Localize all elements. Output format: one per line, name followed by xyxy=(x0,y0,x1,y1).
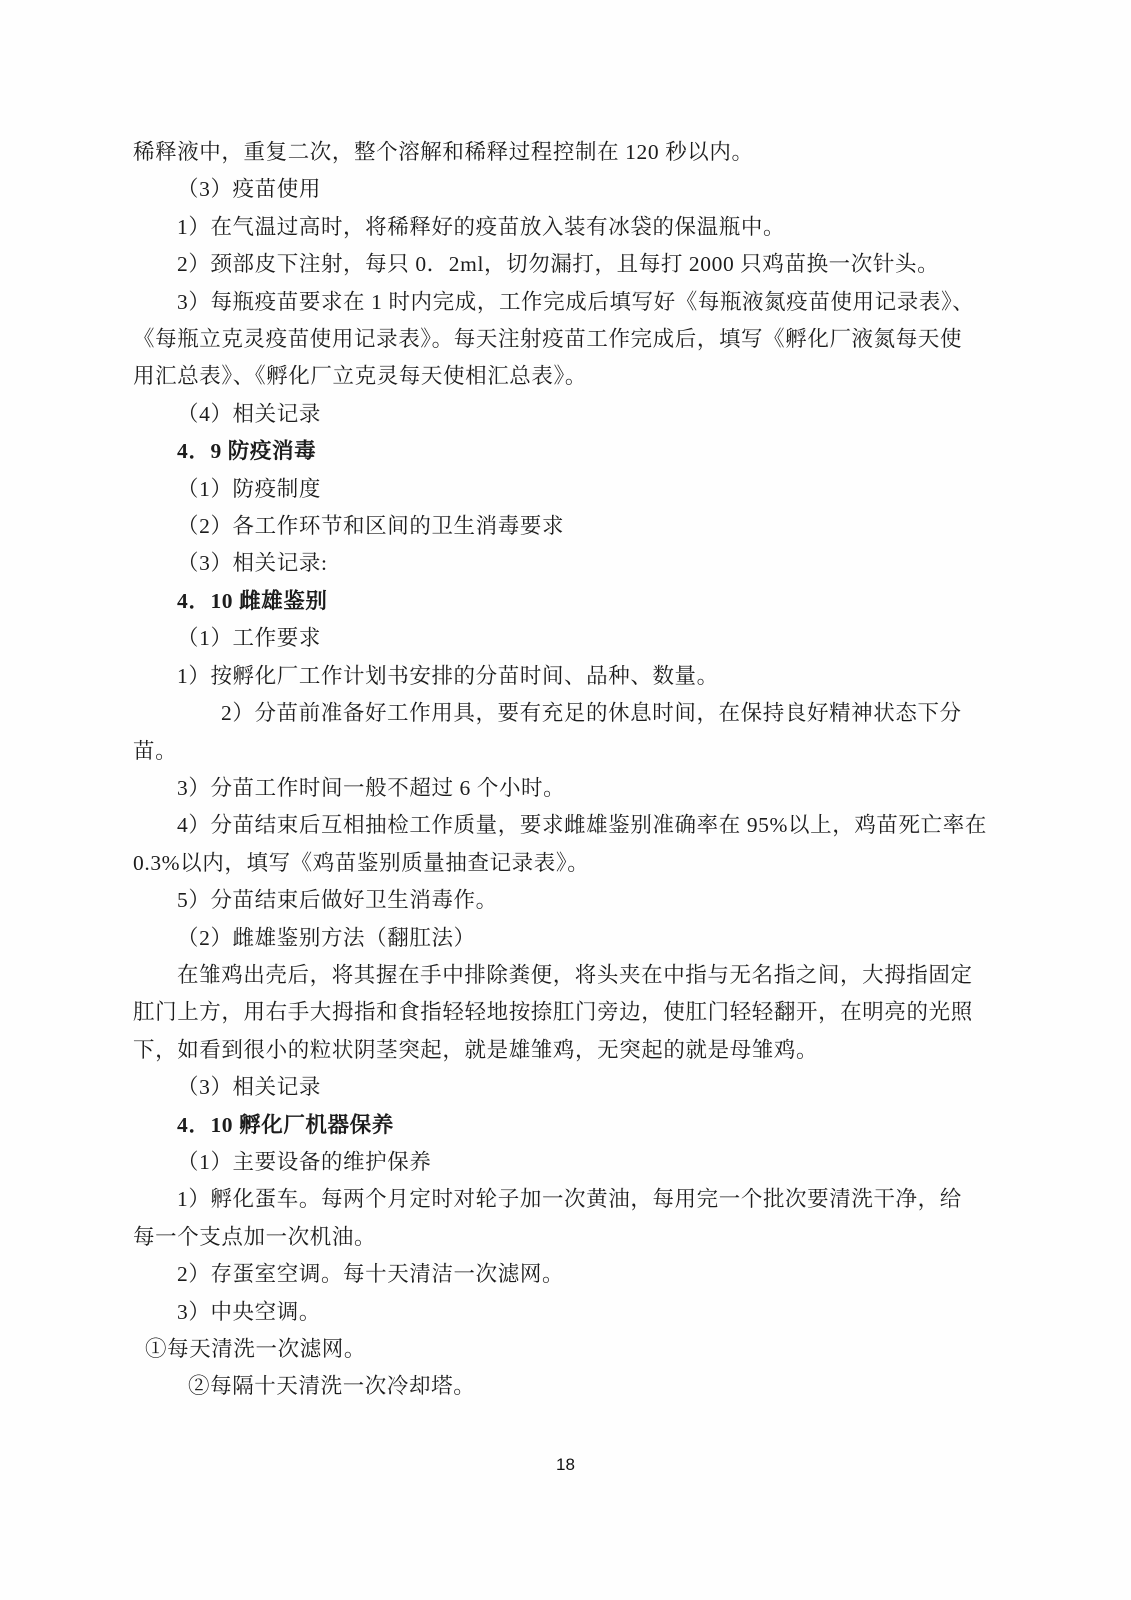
text-line: （3）疫苗使用 xyxy=(133,171,1018,208)
document-body: 稀释液中，重复二次，整个溶解和稀释过程控制在 120 秒以内。 （3）疫苗使用 … xyxy=(133,134,1018,1406)
text-line: 0.3%以内，填写《鸡苗鉴别质量抽查记录表》。 xyxy=(133,845,1018,882)
text-line: 在雏鸡出壳后，将其握在手中排除粪便，将头夹在中指与无名指之间，大拇指固定 xyxy=(133,957,1018,994)
text-line: 3）分苗工作时间一般不超过 6 个小时。 xyxy=(133,770,1018,807)
text-line: 3）中央空调。 xyxy=(133,1294,1018,1331)
text-line: ①每天清洗一次滤网。 xyxy=(133,1331,1018,1368)
text-line: （2）雌雄鉴别方法（翻肛法） xyxy=(133,920,1018,957)
text-line: （1）工作要求 xyxy=(133,620,1018,657)
text-line: （3）相关记录 xyxy=(133,1069,1018,1106)
text-line: 2）分苗前准备好工作用具，要有充足的休息时间，在保持良好精神状态下分 xyxy=(133,695,1018,732)
text-line: 下，如看到很小的粒状阴茎突起，就是雄雏鸡，无突起的就是母雏鸡。 xyxy=(133,1032,1018,1069)
text-line: 5）分苗结束后做好卫生消毒作。 xyxy=(133,882,1018,919)
page-number: 18 xyxy=(0,1455,1131,1475)
text-line: 稀释液中，重复二次，整个溶解和稀释过程控制在 120 秒以内。 xyxy=(133,134,1018,171)
section-heading: 4．9 防疫消毒 xyxy=(133,433,1018,470)
document-page: 稀释液中，重复二次，整个溶解和稀释过程控制在 120 秒以内。 （3）疫苗使用 … xyxy=(0,0,1131,1600)
section-heading: 4．10 雌雄鉴别 xyxy=(133,583,1018,620)
text-line: （4）相关记录 xyxy=(133,396,1018,433)
text-line: 3）每瓶疫苗要求在 1 时内完成，工作完成后填写好《每瓶液氮疫苗使用记录表》、 xyxy=(133,284,1018,321)
text-line: 1）在气温过高时，将稀释好的疫苗放入装有冰袋的保温瓶中。 xyxy=(133,209,1018,246)
text-line: 肛门上方，用右手大拇指和食指轻轻地按捺肛门旁边，使肛门轻轻翻开，在明亮的光照 xyxy=(133,994,1018,1031)
text-line: 1）孵化蛋车。每两个月定时对轮子加一次黄油，每用完一个批次要清洗干净，给 xyxy=(133,1181,1018,1218)
text-line: 《每瓶立克灵疫苗使用记录表》。每天注射疫苗工作完成后，填写《孵化厂液氮每天使 xyxy=(133,321,1018,358)
text-line: （2）各工作环节和区间的卫生消毒要求 xyxy=(133,508,1018,545)
text-line: 2）存蛋室空调。每十天清洁一次滤网。 xyxy=(133,1256,1018,1293)
text-line: ②每隔十天清洗一次冷却塔。 xyxy=(133,1368,1018,1405)
text-line: （1）主要设备的维护保养 xyxy=(133,1144,1018,1181)
text-line: （1）防疫制度 xyxy=(133,471,1018,508)
text-line: 每一个支点加一次机油。 xyxy=(133,1219,1018,1256)
text-line: 1）按孵化厂工作计划书安排的分苗时间、品种、数量。 xyxy=(133,658,1018,695)
text-line: 2）颈部皮下注射，每只 0．2ml，切勿漏打，且每打 2000 只鸡苗换一次针头… xyxy=(133,246,1018,283)
text-line: （3）相关记录: xyxy=(133,545,1018,582)
text-line: 4）分苗结束后互相抽检工作质量，要求雌雄鉴别准确率在 95%以上，鸡苗死亡率在 xyxy=(133,807,1018,844)
section-heading: 4．10 孵化厂机器保养 xyxy=(133,1107,1018,1144)
text-line: 苗。 xyxy=(133,733,1018,770)
text-line: 用汇总表》、《孵化厂立克灵每天使相汇总表》。 xyxy=(133,358,1018,395)
